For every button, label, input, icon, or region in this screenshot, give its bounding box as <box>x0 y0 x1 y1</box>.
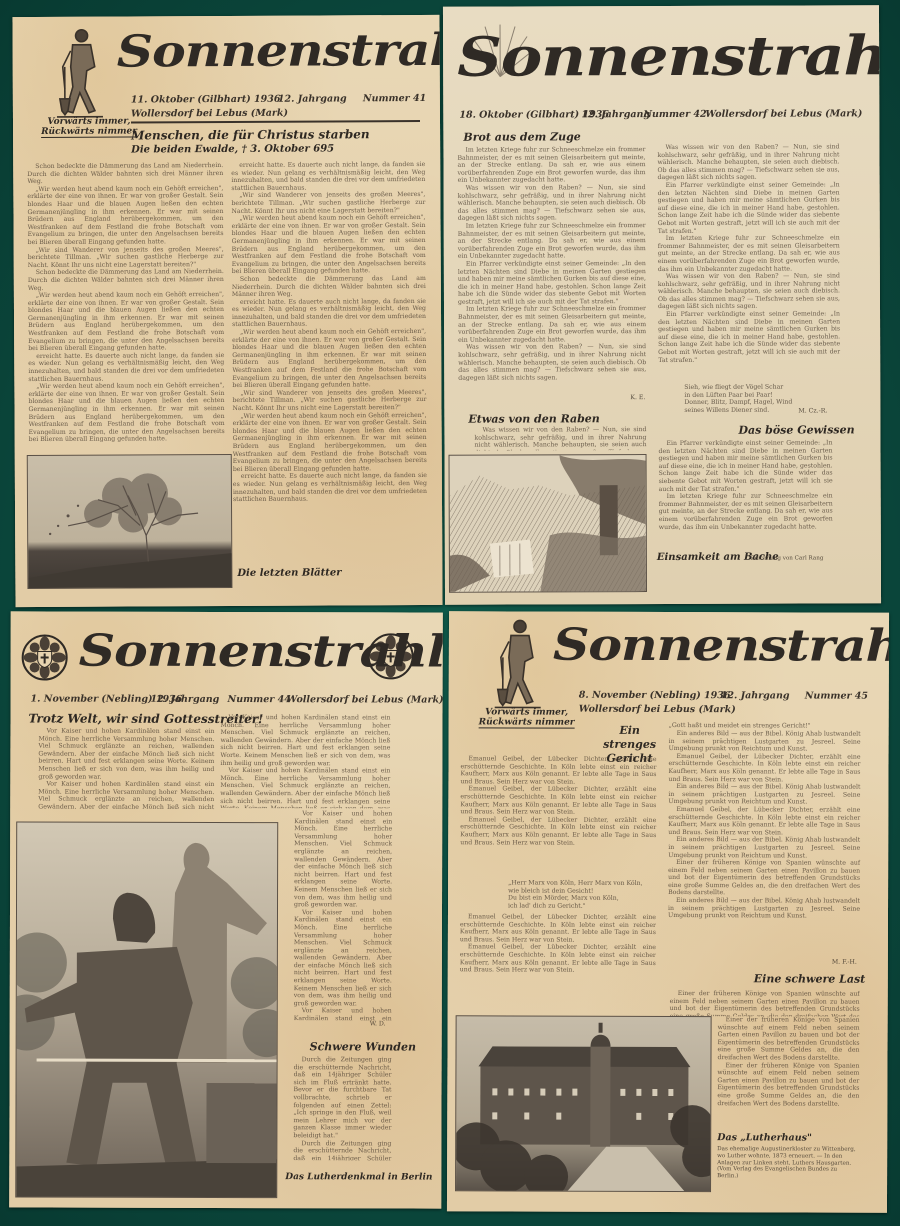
volume: 12. Jahrgang <box>151 694 220 705</box>
article-body: Einer der früheren Könige von Spanien wü… <box>670 990 860 1017</box>
headline-das-boese-gewissen: Das böse Gewissen <box>738 423 854 436</box>
newspaper-issue-45: Vorwärts immer, Rückwärts nimmer Sonnens… <box>447 611 889 1213</box>
newspaper-issue-42: Sonnenstrahlen 18. Oktober (Gilbhart) 19… <box>443 5 881 605</box>
newspaper-issue-44: Sonnenstrahlen 1. November (Nebling) 193… <box>9 611 443 1208</box>
luther-monument-photo <box>15 821 278 1198</box>
newspaper-title: Sonnenstrahlen <box>79 626 443 678</box>
place: Wollersdorf bei Lebus (Mark) <box>579 704 736 716</box>
place: Wollersdorf bei Lebus (Mark) <box>287 694 443 705</box>
issue-number: Nummer 45 <box>805 690 868 701</box>
lutherhaus-building-image <box>456 1016 712 1192</box>
headline-schwere-wunden: Schwere Wunden <box>310 1040 416 1053</box>
volume: 12. Jahrgang <box>278 93 347 104</box>
photo-caption: Die letzten Blätter <box>237 567 341 579</box>
signature: M. F.-H. <box>832 959 857 966</box>
headline: Menschen, die für Christus starben <box>131 127 370 142</box>
newspaper-issue-41: Vorwärts immer, Rückwärts nimmer Sonnens… <box>12 15 442 607</box>
article-body: Was wissen wir von den Raben? — Nun, sie… <box>474 426 646 451</box>
photo-description: Das ehemalige Augustinerkloster zu Witte… <box>717 1146 859 1180</box>
masthead: Vorwärts immer, Rückwärts nimmer Sonnens… <box>449 611 889 733</box>
luther-statue-image <box>16 822 278 1198</box>
place: Wollersdorf bei Lebus (Mark) <box>705 108 862 120</box>
issue-number: Nummer 41 <box>363 93 426 104</box>
masthead: Vorwärts immer, Rückwärts nimmer Sonnens… <box>12 15 440 137</box>
article-body-column-2: erreicht hatte. Es dauerte auch nicht la… <box>231 161 427 552</box>
article-body: Einer der früheren Könige von Spanien wü… <box>717 1016 859 1120</box>
article-body-column-2: Vor Kaiser und hohen Kardinälen stand ei… <box>220 714 390 808</box>
motto: Vorwärts immer, Rückwärts nimmer <box>41 116 137 138</box>
article-body: Ein Pfarrer verkündigte einst seiner Gem… <box>658 439 832 540</box>
article-body-column-1: Schon bedeckte die Dämmerung das Land am… <box>27 162 224 445</box>
signature: W. D. <box>370 1020 386 1027</box>
stream-engraving <box>449 454 647 593</box>
headline-eine-schwere-last: Eine schwere Last <box>754 972 866 985</box>
subheadline: Die beiden Ewalde, † 3. Oktober 695 <box>131 143 334 155</box>
headline-brot-aus-dem-zuge: Brot aus dem Zuge <box>463 130 580 143</box>
worker-with-spade-icon <box>489 617 547 712</box>
article-body-column-1: Vor Kaiser und hohen Kardinälen stand ei… <box>38 728 214 810</box>
volume: 12. Jahrgang <box>721 690 790 701</box>
article-body-column-2: Was wissen wir von den Raben? — Nun, sie… <box>657 143 840 384</box>
poem: „Herr Marx von Köln, Herr Marx von Köln,… <box>508 879 643 910</box>
lutherhaus-photo <box>455 1015 712 1192</box>
waterfall-landscape-image <box>450 455 647 593</box>
luther-rose-icon <box>21 633 69 681</box>
tree-photo <box>27 454 233 589</box>
worker-with-spade-icon <box>51 27 109 122</box>
headline-etwas-von-den-raben: Etwas von den Raben <box>468 412 599 425</box>
article-body-column-2: Ein anderes Bild — aus der Bibel. König … <box>668 730 861 957</box>
image-credit: Zeichnung von Carl Rang <box>751 555 824 562</box>
article-body: Emanuel Geibel, der Lübecker Dichter, er… <box>460 913 656 974</box>
signature: K. E. <box>630 394 645 401</box>
volume: 12. Jahrgang <box>581 109 650 120</box>
windswept-tree-image <box>28 455 233 589</box>
article-body: Im letzten Kriege fuhr zur Schneeschmelz… <box>457 146 646 387</box>
poem: Sieh, wie fliegt der Vögel Scharin den L… <box>684 384 792 415</box>
article-body: Durch die Zeitungen ging die erschüttern… <box>293 1056 391 1160</box>
article-body: Emanuel Geibel, der Lübecker Dichter, er… <box>460 755 656 874</box>
masthead: Sonnenstrahlen 18. Oktober (Gilbhart) 19… <box>443 5 879 127</box>
issue-date: 11. Oktober (Gilbhart) 1936 <box>131 94 281 106</box>
newspaper-title: Sonnenstrahlen <box>553 620 889 673</box>
place: Wollersdorf bei Lebus (Mark) <box>131 108 288 120</box>
newspaper-title: Sonnenstrahlen <box>457 23 881 89</box>
photo-caption: Das Lutherdenkmal in Berlin <box>285 1172 432 1182</box>
photo-caption: Das „Lutherhaus" <box>717 1132 812 1143</box>
signature: M. Cz.-R. <box>798 407 827 414</box>
issue-number: Nummer 42 <box>643 109 706 120</box>
article-body-column-3: Vor Kaiser und hohen Kardinälen stand ei… <box>294 810 393 1020</box>
newspaper-title: Sonnenstrahlen <box>117 24 443 77</box>
issue-date: 8. November (Nebling) 1936 <box>579 690 731 702</box>
motto: Vorwärts immer, Rückwärts nimmer <box>479 707 575 728</box>
rule <box>131 120 420 124</box>
issue-number: Nummer 44 <box>228 694 291 705</box>
